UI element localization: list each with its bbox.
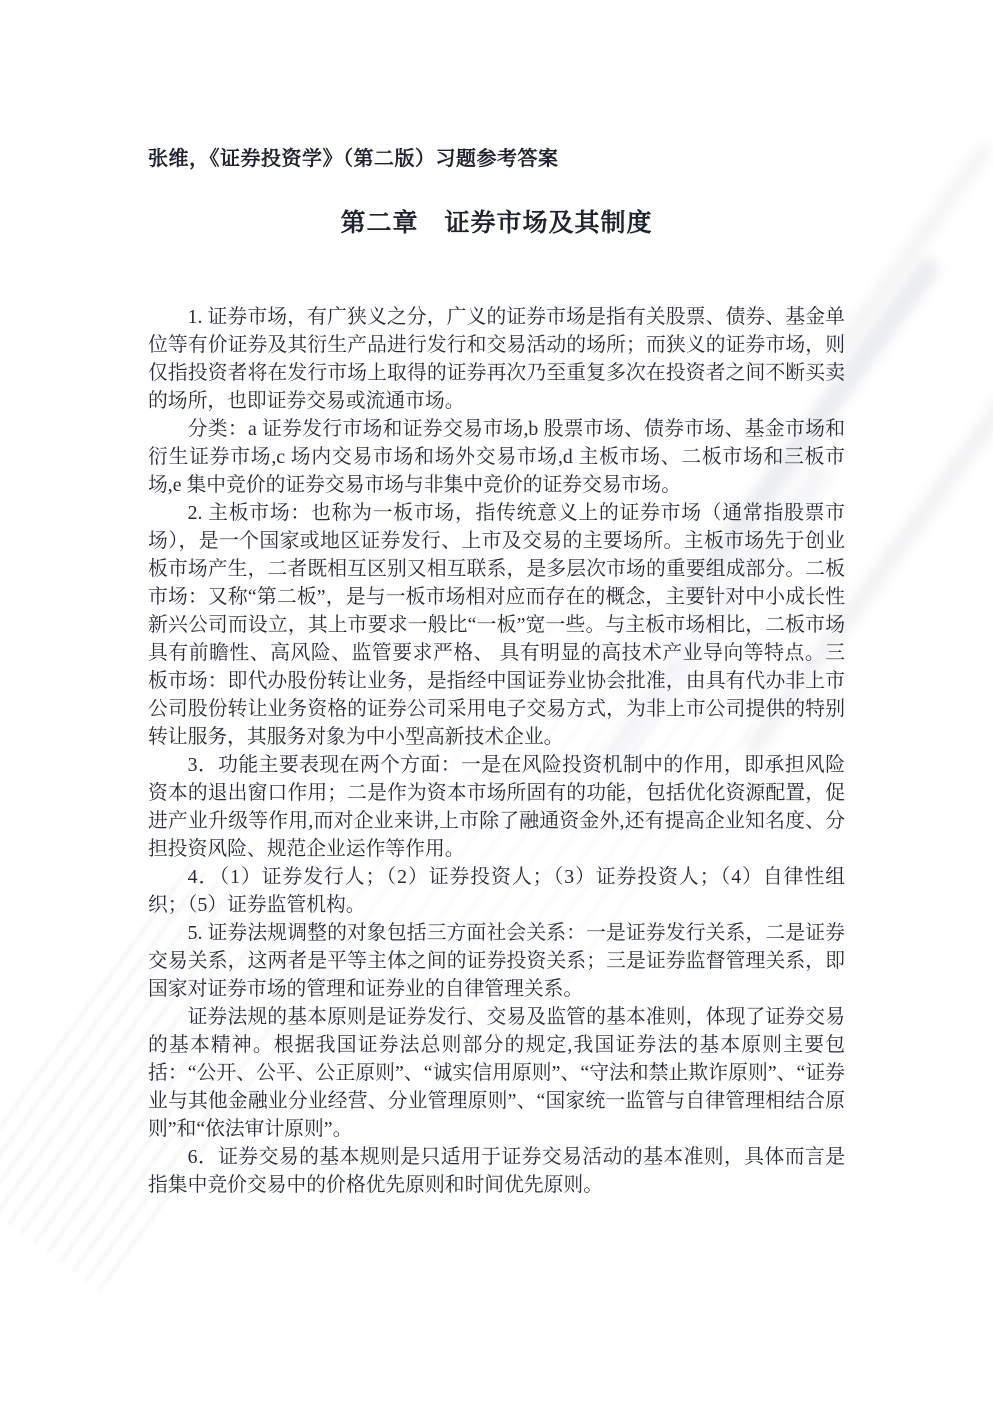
paragraph-answer-6: 6．证券交易的基本规则是只适用于证券交易活动的基本准则，具体而言是指集中竞价交易… — [148, 1143, 845, 1199]
watermark-streak — [830, 141, 993, 360]
paragraph-answer-1: 1. 证券市场，有广狭义之分，广义的证券市场是指有关股票、债券、基金单位等有价证… — [148, 303, 845, 415]
document-content: 张维，《证券投资学》（第二版）习题参考答案 第二章 证券市场及其制度 1. 证券… — [148, 145, 845, 1199]
paragraph-answer-4: 4．（1）证券发行人；（2）证券投资人；（3）证券投资人；（4）自律性组织；（5… — [148, 863, 845, 919]
document-page: 张维，《证券投资学》（第二版）习题参考答案 第二章 证券市场及其制度 1. 证券… — [0, 0, 993, 1404]
chapter-title: 第二章 证券市场及其制度 — [148, 209, 845, 239]
paragraph-answer-2: 2. 主板市场：也称为一板市场，指传统意义上的证券市场（通常指股票市场），是一个… — [148, 499, 845, 751]
paragraph-answer-5-principles: 证券法规的基本原则是证券发行、交易及监管的基本准则，体现了证券交易的基本精神。根… — [148, 1003, 845, 1143]
paragraph-answer-1-classification: 分类：a 证券发行市场和证券交易市场,b 股票市场、债券市场、基金市场和衍生证券… — [148, 415, 845, 499]
doc-header: 张维，《证券投资学》（第二版）习题参考答案 — [148, 145, 845, 173]
paragraph-answer-3: 3．功能主要表现在两个方面：一是在风险投资机制中的作用，即承担风险资本的退出窗口… — [148, 751, 845, 863]
paragraph-answer-5: 5. 证券法规调整的对象包括三方面社会关系：一是证券发行关系，二是证券交易关系，… — [148, 919, 845, 1003]
answers-body: 1. 证券市场，有广狭义之分，广义的证券市场是指有关股票、债券、基金单位等有价证… — [148, 303, 845, 1199]
